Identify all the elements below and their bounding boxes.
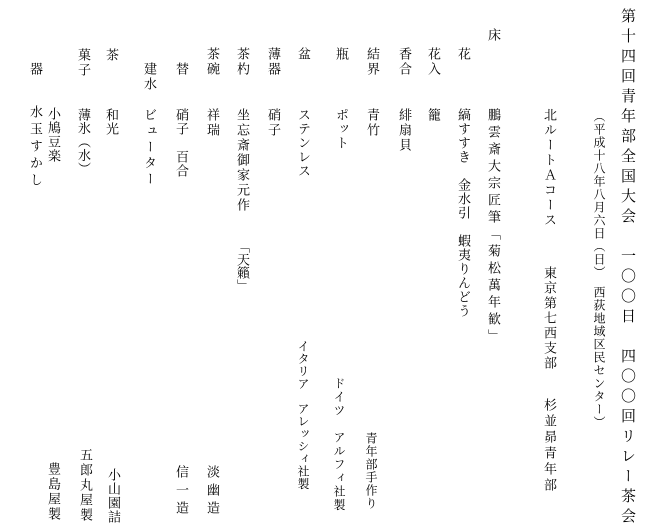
entry-kashi-note: 五郎丸屋製 xyxy=(78,448,91,523)
entry-cha-label: 茶 xyxy=(104,48,117,63)
entry-chawan-value: 祥瑞 xyxy=(205,108,218,138)
entry-bin-value: ポット xyxy=(334,108,347,150)
entry-chashaku-value: 坐忘斎御家元作 xyxy=(235,108,248,213)
entry-toko-label: 床 xyxy=(486,28,499,43)
entry-kekkai-note: 青年部手作り xyxy=(365,432,377,510)
entry-hanaire-label: 花入 xyxy=(426,47,439,77)
route-branch: 東京第七西支部 xyxy=(542,266,555,371)
entry-cha-note: 小山園詰 xyxy=(106,468,119,524)
entry-chashaku-label: 茶杓 xyxy=(235,47,248,77)
entry-utsuwa-label: 器 xyxy=(28,62,41,77)
entry-kogo-label: 香合 xyxy=(397,47,410,77)
entry-kashi-label: 菓子 xyxy=(76,48,89,78)
entry-chashaku-name: 「天籟」 xyxy=(235,240,248,292)
date-venue: （平成十八年八月六日（日） 西荻地域区民センター） xyxy=(593,110,605,429)
page-title: 第十四回青年部全国大会 一〇〇日 四〇〇回リレー茶会 xyxy=(620,8,635,527)
entry-hana-label: 花 xyxy=(456,47,469,62)
entry-bon-label: 盆 xyxy=(296,47,309,62)
entry-utsuwa-value: 水玉すかし xyxy=(28,105,41,190)
entry-kae-note: 信一造 xyxy=(174,465,187,519)
entry-kensui-value: ビューター xyxy=(142,108,155,188)
entry-kashi-value: 薄氷（水） xyxy=(76,108,89,176)
entry-hana-value: 縞すすき 金水引 蝦夷りんどう xyxy=(456,108,469,318)
entry-bin-label: 瓶 xyxy=(334,47,347,62)
entry-cha-value: 和光 xyxy=(104,108,117,136)
entry-kensui-label: 建水 xyxy=(142,62,155,92)
entry-usuki-value: 硝子 xyxy=(266,108,279,138)
entry-toko-value: 鵬雲斎大宗匠筆「菊松萬年歓」 xyxy=(486,108,499,346)
entry-kae-label: 替 xyxy=(174,62,187,77)
entry-chawan-label: 茶碗 xyxy=(205,47,218,77)
entry-hanaire-value: 籠 xyxy=(426,108,439,123)
entry-kae-value: 硝子 百合 xyxy=(174,108,187,178)
entry-kashi2-value: 小鳩豆楽 xyxy=(46,107,59,163)
entry-bon-value: ステンレス xyxy=(296,108,309,178)
entry-kogo-value: 緋扇貝 xyxy=(397,108,410,153)
entry-usuki-label: 薄器 xyxy=(266,47,279,77)
entry-kekkai-label: 結界 xyxy=(365,47,378,77)
entry-chawan-note: 淡幽造 xyxy=(205,465,218,519)
tea-record-page: 第十四回青年部全国大会 一〇〇日 四〇〇回リレー茶会 （平成十八年八月六日（日）… xyxy=(0,0,661,527)
route-course: 北ルートＡコース xyxy=(542,108,555,228)
entry-bin-note: ドイツ アルフィ社製 xyxy=(333,377,345,512)
entry-bon-note: イタリア アレッシィ社製 xyxy=(297,340,309,490)
route-group: 杉並昴青年部 xyxy=(542,398,555,494)
entry-kashi2-note: 豊島屋製 xyxy=(46,462,59,522)
entry-kekkai-value: 青竹 xyxy=(365,108,378,138)
